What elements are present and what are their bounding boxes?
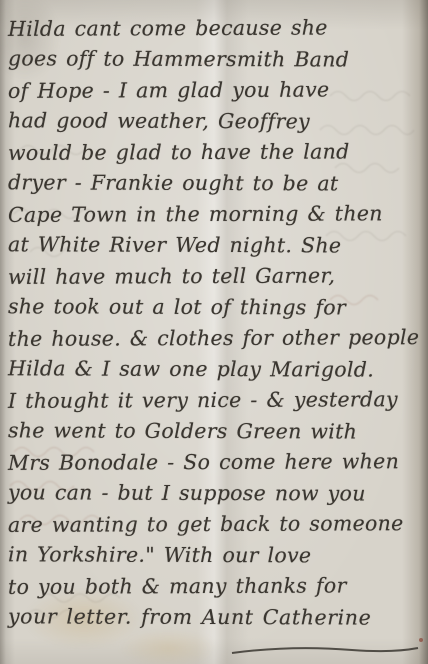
- letter-line: in Yorkshire." With our love: [8, 539, 422, 571]
- letter-line: Hilda cant come because she: [8, 12, 422, 45]
- letter-line: of Hope - I am glad you have: [8, 74, 422, 107]
- letter-line: she went to Golders Green with: [8, 415, 422, 447]
- letter-line: will have much to tell Garner,: [8, 260, 422, 293]
- letter-line: would be glad to have the land: [8, 136, 422, 169]
- letter-line: she took out a lot of things for: [8, 291, 422, 323]
- letter-line: Mrs Bonodale - So come here when: [8, 446, 422, 479]
- paper-stain: [118, 628, 218, 664]
- letter-line: the house. & clothes for other people: [8, 322, 422, 355]
- letter-line: at White River Wed night. She: [8, 229, 422, 261]
- letter-line: Hilda & I saw one play Marigold.: [8, 353, 422, 385]
- letter-line: you can - but I suppose now you: [8, 477, 422, 509]
- letter-line: goes off to Hammersmith Band: [8, 43, 422, 75]
- letter-line: your letter. from Aunt Catherine: [8, 601, 422, 633]
- letter-line: dryer - Frankie ought to be at: [8, 167, 422, 199]
- letter-line: Cape Town in the morning & then: [8, 198, 422, 231]
- letter-page: Hilda cant come because she goes off to …: [0, 0, 428, 664]
- letter-body: Hilda cant come because she goes off to …: [0, 0, 428, 633]
- letter-line: to you both & many thanks for: [8, 570, 422, 603]
- letter-line: I thought it very nice - & yesterday: [8, 384, 422, 417]
- letter-line: are wanting to get back to someone: [8, 508, 422, 541]
- letter-line: had good weather, Geoffrey: [8, 105, 422, 137]
